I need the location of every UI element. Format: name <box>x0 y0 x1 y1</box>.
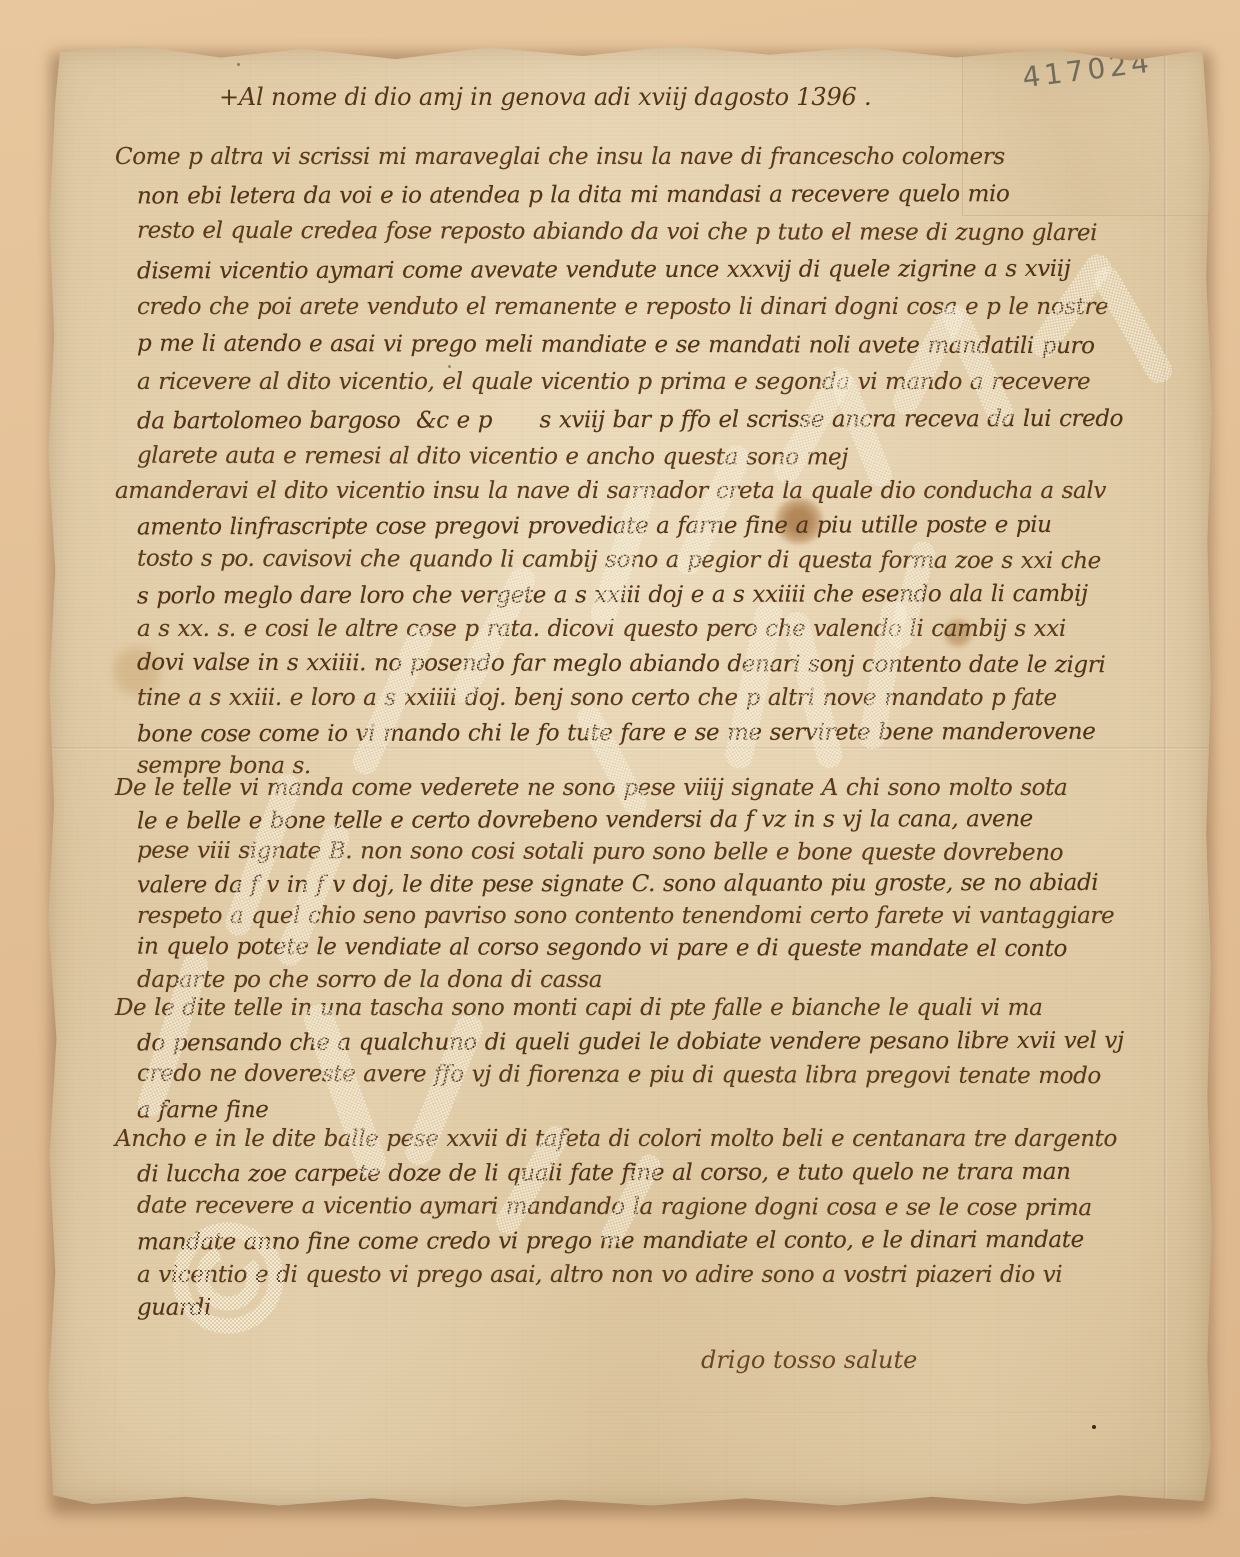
letter-page: +Al nome di dio amj in genova adi xviij … <box>46 43 1212 1507</box>
scan-backdrop: +Al nome di dio amj in genova adi xviij … <box>0 0 1240 1557</box>
paper-edge-vignette <box>46 43 1212 1507</box>
